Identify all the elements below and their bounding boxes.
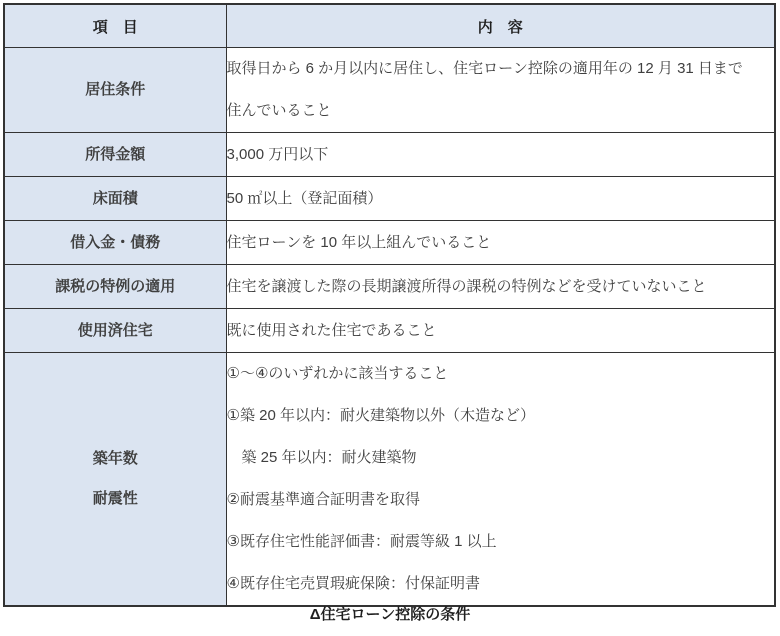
item-cell: 借入金・債務 <box>4 221 226 265</box>
item-label: 床面積 <box>5 179 226 219</box>
table-row: 課税の特例の適用 住宅を譲渡した際の長期譲渡所得の課税の特例などを受けていないこ… <box>4 265 775 309</box>
table-row: 居住条件 取得日から 6 か月以内に居住し、住宅ローン控除の適用年の 12 月 … <box>4 48 775 133</box>
content-line: ③既存住宅性能評価書：耐震等級 1 以上 <box>227 521 775 563</box>
item-label: 借入金・債務 <box>5 223 226 263</box>
content-cell: 住宅ローンを 10 年以上組んでいること <box>226 221 775 265</box>
content-cell: 取得日から 6 か月以内に居住し、住宅ローン控除の適用年の 12 月 31 日ま… <box>226 48 775 133</box>
item-label: 所得金額 <box>5 135 226 175</box>
item-cell: 課税の特例の適用 <box>4 265 226 309</box>
item-label: 居住条件 <box>5 70 226 110</box>
content-line: 取得日から 6 か月以内に居住し、住宅ローン控除の適用年の 12 月 31 日ま… <box>227 48 775 90</box>
item-label: 使用済住宅 <box>5 311 226 351</box>
table-row: 使用済住宅 既に使用された住宅であること <box>4 309 775 353</box>
content-cell: 3,000 万円以下 <box>226 133 775 177</box>
content-line: ④既存住宅売買瑕疵保険：付保証明書 <box>227 563 775 605</box>
item-cell: 築年数 耐震性 <box>4 353 226 607</box>
header-content-column: 内 容 <box>226 4 775 48</box>
content-line: 住んでいること <box>227 90 775 132</box>
content-line: ①～④のいずれかに該当すること <box>227 353 775 395</box>
item-cell: 床面積 <box>4 177 226 221</box>
item-cell: 所得金額 <box>4 133 226 177</box>
header-item-column: 項 目 <box>4 4 226 48</box>
table-header-row: 項 目 内 容 <box>4 4 775 48</box>
content-cell: ①～④のいずれかに該当すること ①築 20 年以内：耐火建築物以外（木造など） … <box>226 353 775 607</box>
content-line: 50 ㎡以上（登記面積） <box>227 178 775 220</box>
table-row: 所得金額 3,000 万円以下 <box>4 133 775 177</box>
content-line: 3,000 万円以下 <box>227 134 775 176</box>
content-line: 住宅ローンを 10 年以上組んでいること <box>227 222 775 264</box>
content-cell: 既に使用された住宅であること <box>226 309 775 353</box>
content-line: 築 25 年以内：耐火建築物 <box>227 437 775 479</box>
document-page: 項 目 内 容 居住条件 取得日から 6 か月以内に居住し、住宅ローン控除の適用… <box>0 0 780 636</box>
item-label: 課税の特例の適用 <box>5 267 226 307</box>
content-line: 既に使用された住宅であること <box>227 310 775 352</box>
content-line: 住宅を譲渡した際の長期譲渡所得の課税の特例などを受けていないこと <box>227 266 775 308</box>
content-cell: 住宅を譲渡した際の長期譲渡所得の課税の特例などを受けていないこと <box>226 265 775 309</box>
item-label: 築年数 <box>5 439 226 479</box>
table-row: 築年数 耐震性 ①～④のいずれかに該当すること ①築 20 年以内：耐火建築物以… <box>4 353 775 607</box>
content-line: ①築 20 年以内：耐火建築物以外（木造など） <box>227 395 775 437</box>
item-cell: 居住条件 <box>4 48 226 133</box>
table-row: 床面積 50 ㎡以上（登記面積） <box>4 177 775 221</box>
content-cell: 50 ㎡以上（登記面積） <box>226 177 775 221</box>
item-label: 耐震性 <box>5 479 226 519</box>
table-row: 借入金・債務 住宅ローンを 10 年以上組んでいること <box>4 221 775 265</box>
item-cell: 使用済住宅 <box>4 309 226 353</box>
content-line: ②耐震基準適合証明書を取得 <box>227 479 775 521</box>
table-caption: Δ住宅ローン控除の条件 <box>0 603 780 624</box>
loan-deduction-conditions-table: 項 目 内 容 居住条件 取得日から 6 か月以内に居住し、住宅ローン控除の適用… <box>3 3 776 607</box>
